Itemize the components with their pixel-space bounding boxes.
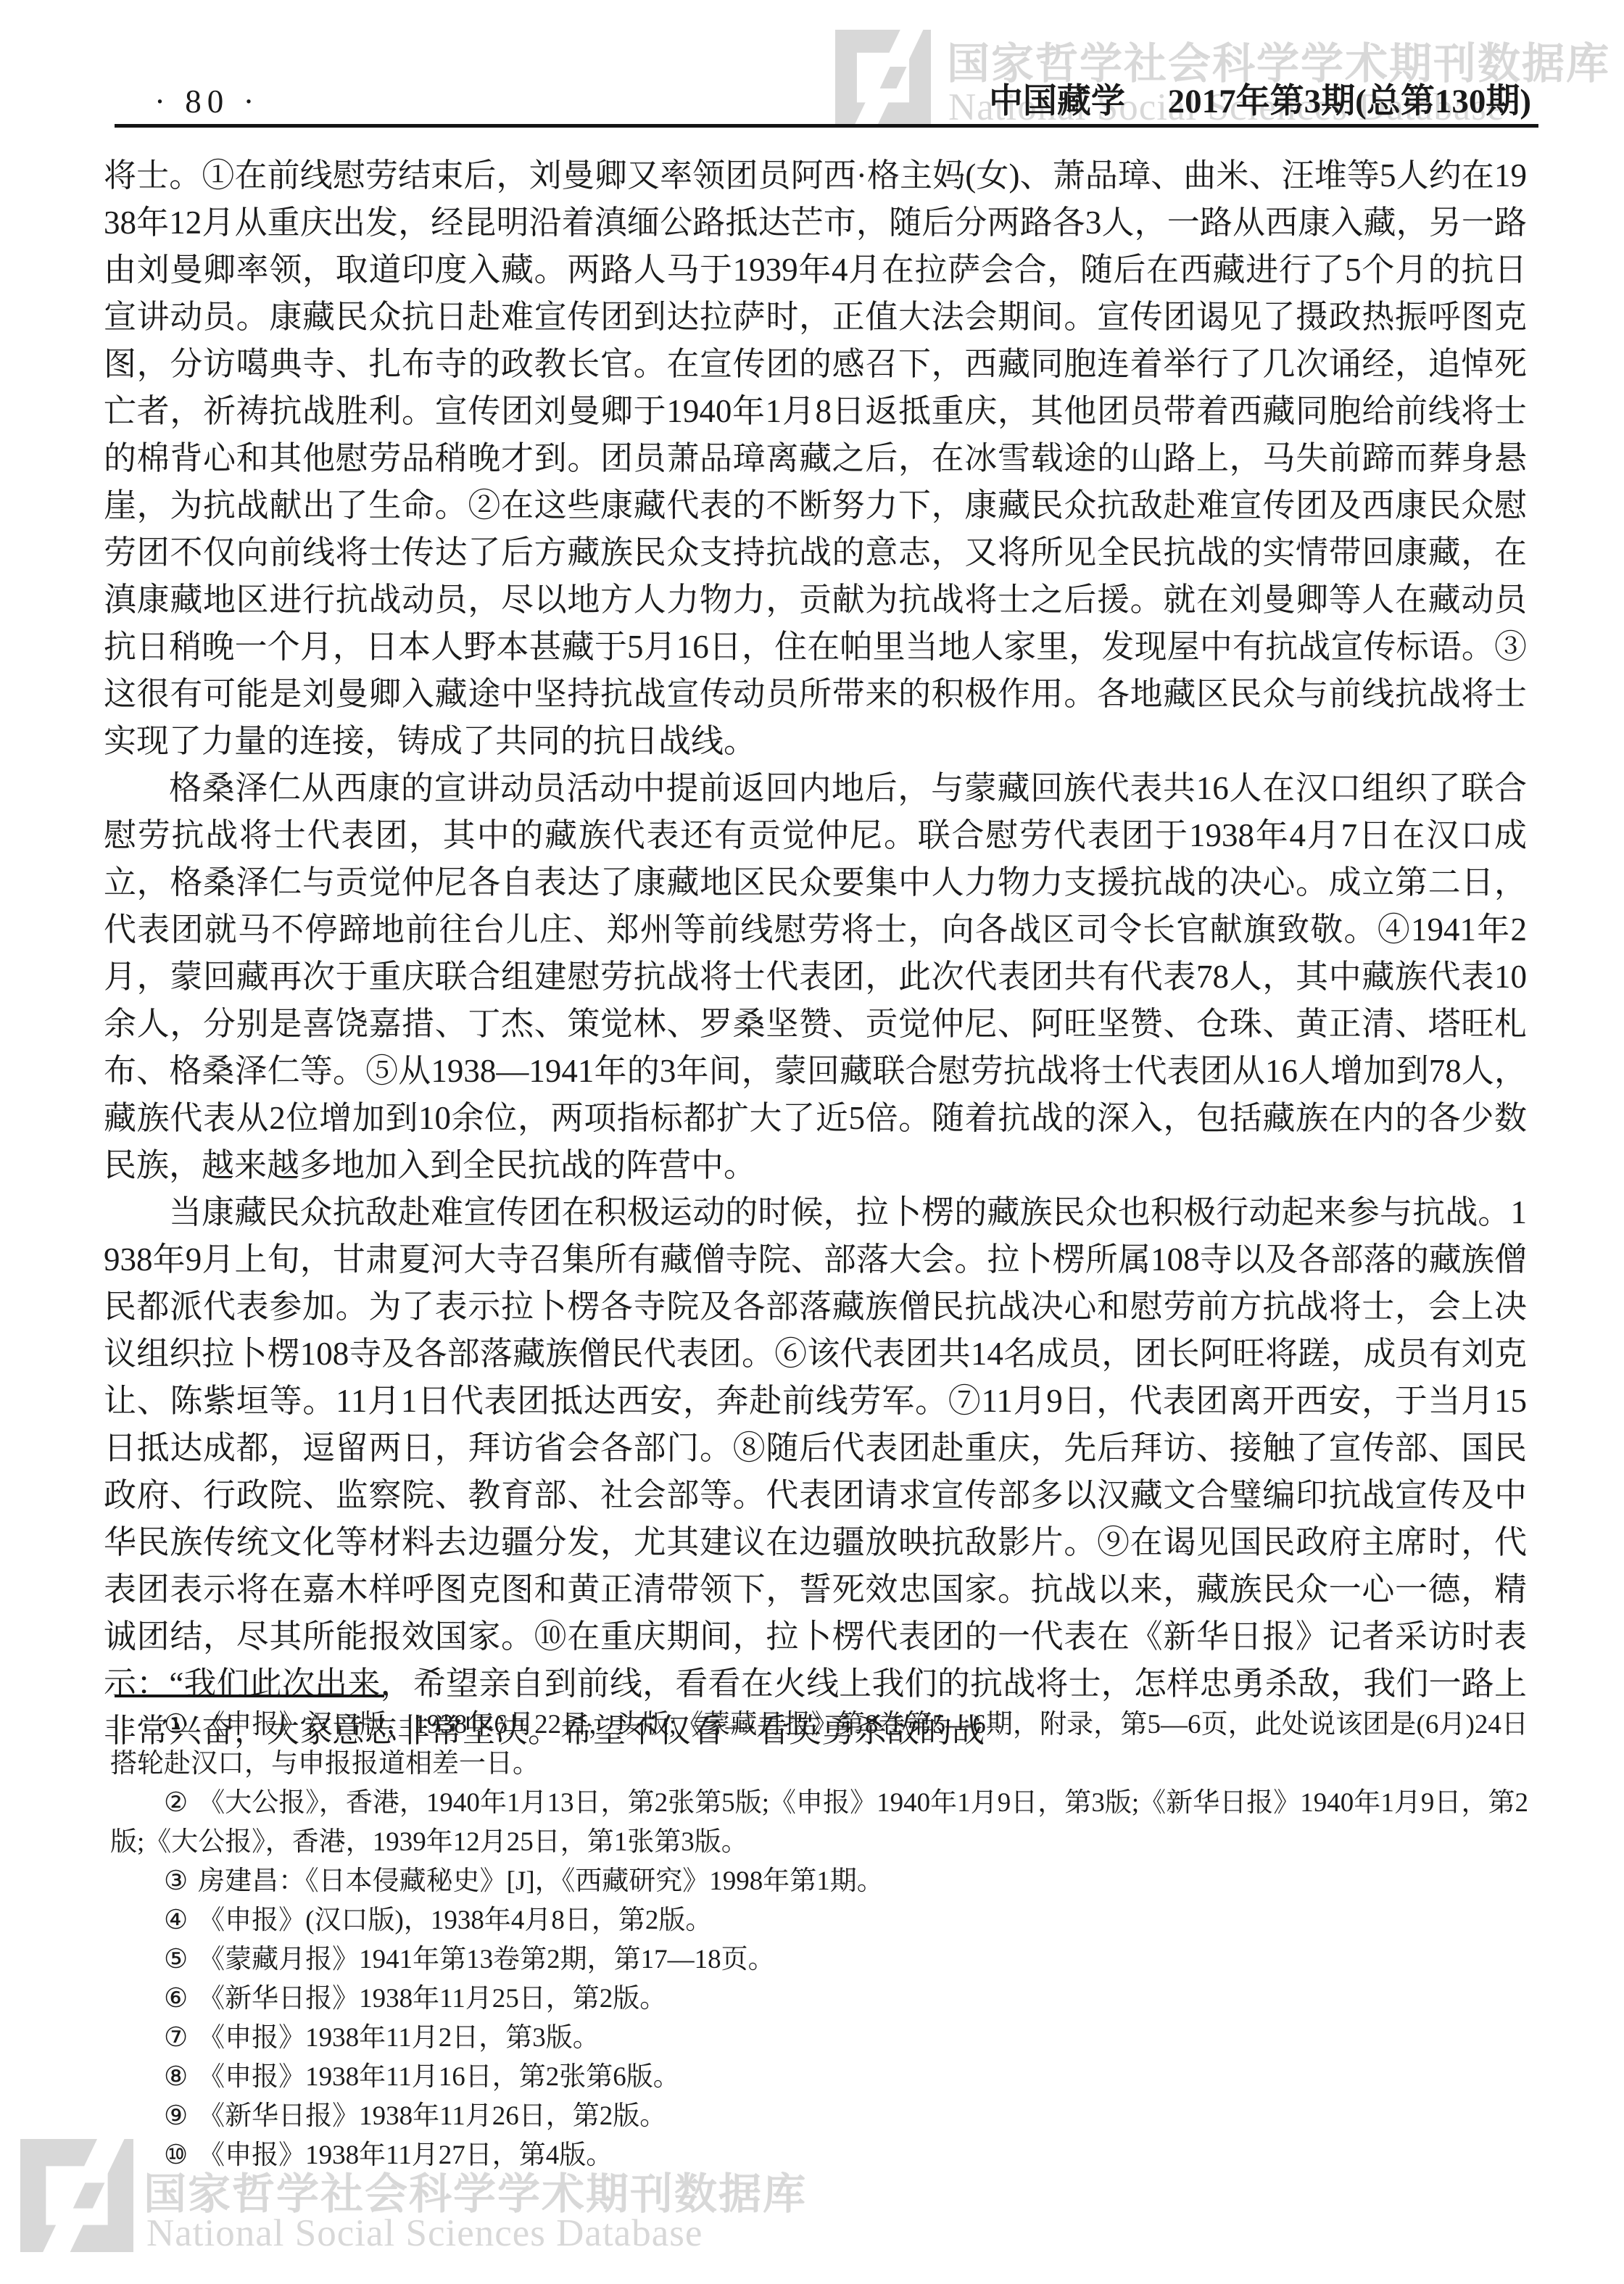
footnote-text: 房建昌：《日本侵藏秘史》[J]，《西藏研究》1998年第1期。 [198,1866,884,1896]
footnote-marker: ⑦ [164,2023,198,2053]
footnote-text: 《申报》汉口版，1938年6月22日，头版;《蒙藏月报》第8卷第5—6期，附录，… [110,1710,1528,1779]
journal-header: 中国藏学 2017年第3期(总第130期) [989,74,1531,123]
footnote: ⑥《新华日报》1938年11月25日，第2版。 [110,1979,1528,2019]
footnote-text: 《蒙藏月报》1941年第13卷第2期，第17—18页。 [198,1945,775,1974]
watermark-text-en-bottom: National Social Sciences Database [146,2211,703,2255]
footnotes: ①《申报》汉口版，1938年6月22日，头版;《蒙藏月报》第8卷第5—6期，附录… [110,1705,1528,2175]
footnote-text: 《申报》1938年11月16日，第2张第6版。 [198,2062,680,2092]
footnote-text: 《大公报》，香港，1940年1月13日，第2张第5版;《申报》1940年1月9日… [110,1788,1528,1857]
nssd-logo-top [835,25,931,134]
footnote-marker: ⑩ [164,2140,198,2170]
article-body: 将士。①在前线慰劳结束后，刘曼卿又率领团员阿西·格主妈(女)、萧品璋、曲米、汪堆… [104,152,1527,1755]
footnote-text: 《申报》1938年11月27日，第4版。 [198,2140,613,2170]
footnote: ③房建昌：《日本侵藏秘史》[J]，《西藏研究》1998年第1期。 [110,1862,1528,1901]
page-number: · 80 · [154,83,260,120]
footnote-marker: ① [164,1710,198,1739]
footnote-text: 《申报》(汉口版)，1938年4月8日，第2版。 [198,1906,712,1935]
footnote: ⑩《申报》1938年11月27日，第4版。 [110,2136,1528,2175]
footnote-marker: ④ [164,1906,198,1935]
footnote: ⑧《申报》1938年11月16日，第2张第6版。 [110,2058,1528,2097]
footnote: ⑤《蒙藏月报》1941年第13卷第2期，第17—18页。 [110,1940,1528,1979]
footnote-text: 《申报》1938年11月2日，第3版。 [198,2023,600,2053]
body-paragraph: 格桑泽仁从西康的宣讲动员活动中提前返回内地后，与蒙藏回族代表共16人在汉口组织了… [104,765,1527,1189]
footnote-marker: ③ [164,1866,198,1896]
body-paragraph: 将士。①在前线慰劳结束后，刘曼卿又率领团员阿西·格主妈(女)、萧品璋、曲米、汪堆… [104,152,1527,765]
footnote-separator [115,1695,384,1697]
body-paragraph: 当康藏民众抗敌赴难宣传团在积极运动的时候，拉卜楞的藏族民众也积极行动起来参与抗战… [104,1189,1527,1755]
header-rule [115,124,1538,128]
footnote-marker: ⑥ [164,1984,198,2014]
footnote-marker: ② [164,1788,198,1818]
footnote: ④《申报》(汉口版)，1938年4月8日，第2版。 [110,1901,1528,1940]
journal-page: { "page": { "number_display": "· 80 ·", … [0,0,1624,2284]
footnote-text: 《新华日报》1938年11月26日，第2版。 [198,2101,666,2131]
footnote: ②《大公报》，香港，1940年1月13日，第2张第5版;《申报》1940年1月9… [110,1784,1528,1862]
footnote: ⑨《新华日报》1938年11月26日，第2版。 [110,2097,1528,2136]
footnote: ⑦《申报》1938年11月2日，第3版。 [110,2019,1528,2058]
footnote-marker: ⑨ [164,2101,198,2131]
footnote-marker: ⑧ [164,2062,198,2092]
footnote-marker: ⑤ [164,1945,198,1974]
footnote: ①《申报》汉口版，1938年6月22日，头版;《蒙藏月报》第8卷第5—6期，附录… [110,1705,1528,1784]
footnote-text: 《新华日报》1938年11月25日，第2版。 [198,1984,666,2014]
